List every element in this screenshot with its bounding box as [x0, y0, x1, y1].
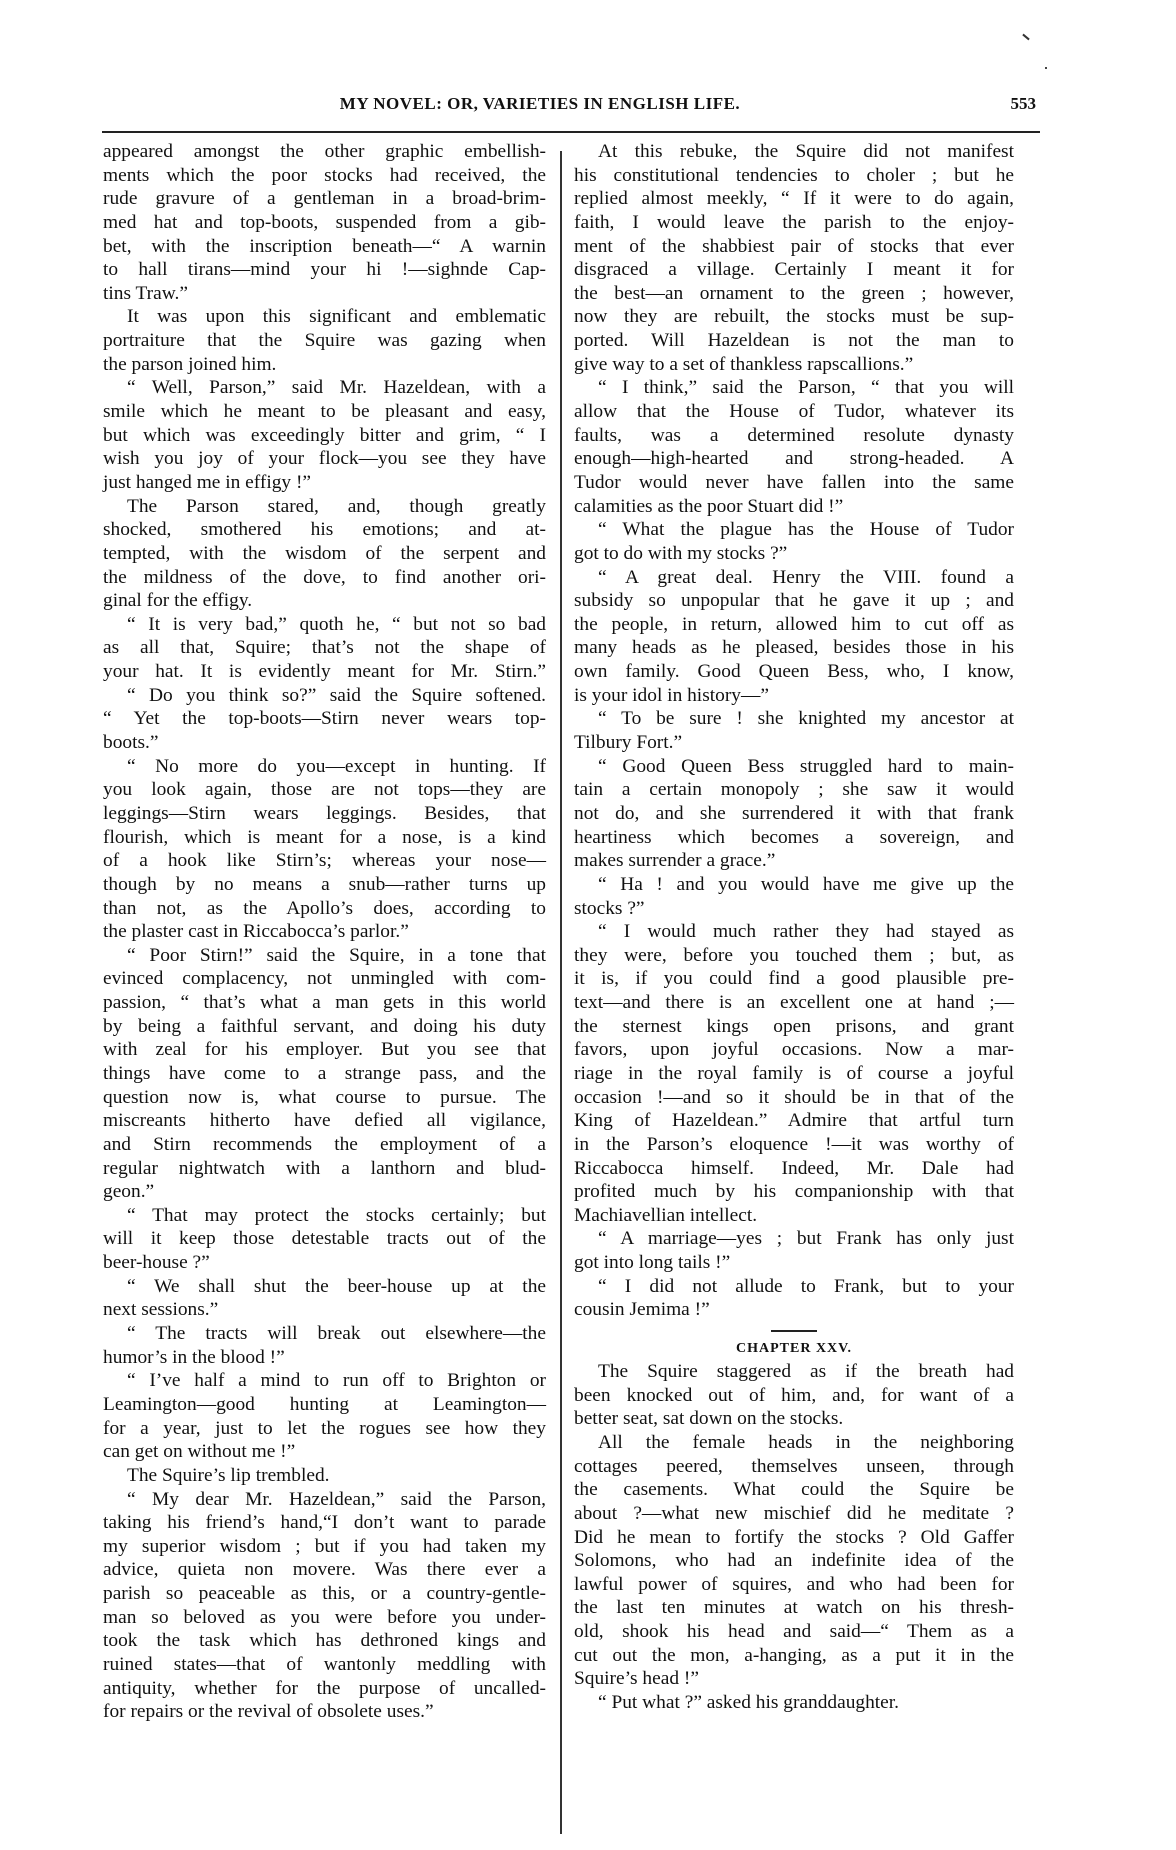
text-line: ported. Will Hazeldean is not the man to	[574, 329, 1014, 353]
text-line: “ The tracts will break out elsewhere—th…	[103, 1322, 546, 1346]
text-line: shocked, smothered his emotions; and at-	[103, 518, 546, 542]
text-line: for a year, just to let the rogues see h…	[103, 1417, 546, 1441]
text-line: the people, in return, allowed him to cu…	[574, 613, 1014, 637]
text-line: “ It is very bad,” quoth he, “ but not s…	[103, 613, 546, 637]
text-line: and Stirn recommends the employment of a	[103, 1133, 546, 1157]
text-line: question now is, what course to pursue. …	[103, 1086, 546, 1110]
text-line: tempted, with the wisdom of the serpent …	[103, 542, 546, 566]
text-line: smile which he meant to be pleasant and …	[103, 400, 546, 424]
text-line: makes surrender a grace.”	[574, 849, 1014, 873]
text-line: disgraced a village. Certainly I meant i…	[574, 258, 1014, 282]
text-line: med hat and top-boots, suspended from a …	[103, 211, 546, 235]
text-line: Solomons, who had an indefinite idea of …	[574, 1549, 1014, 1573]
text-line: my superior wisdom ; but if you had take…	[103, 1535, 546, 1559]
text-line: not do, and she surrendered it with that…	[574, 802, 1014, 826]
text-line: taking his friend’s hand,“I don’t want t…	[103, 1511, 546, 1535]
scan-speck	[1045, 67, 1047, 69]
text-line: the best—an ornament to the green ; howe…	[574, 282, 1014, 306]
text-line: parish so peaceable as this, or a countr…	[103, 1582, 546, 1606]
text-line: “ No more do you—except in hunting. If	[103, 755, 546, 779]
text-line: “ A marriage—yes ; but Frank has only ju…	[574, 1227, 1014, 1251]
text-line: appeared amongst the other graphic embel…	[103, 140, 546, 164]
text-line: Did he mean to fortify the stocks ? Old …	[574, 1526, 1014, 1550]
text-line: advice, quieta non movere. Was there eve…	[103, 1558, 546, 1582]
text-line: been knocked out of him, and, for want o…	[574, 1384, 1014, 1408]
text-line: “ Do you think so?” said the Squire soft…	[103, 684, 546, 708]
text-line: humor’s in the blood !”	[103, 1346, 546, 1370]
text-line: rude gravure of a gentleman in a broad-b…	[103, 187, 546, 211]
text-line: the last ten minutes at watch on his thr…	[574, 1596, 1014, 1620]
text-line: with zeal for his employer. But you see …	[103, 1038, 546, 1062]
text-line: boots.”	[103, 731, 546, 755]
text-line: “ Poor Stirn!” said the Squire, in a ton…	[103, 944, 546, 968]
text-line: allow that the House of Tudor, whatever …	[574, 400, 1014, 424]
text-line: tins Traw.”	[103, 282, 546, 306]
text-line: “ I’ve half a mind to run off to Brighto…	[103, 1369, 546, 1393]
text-line: your hat. It is evidently meant for Mr. …	[103, 660, 546, 684]
text-line: for repairs or the revival of obsolete u…	[103, 1700, 546, 1724]
text-line: you look again, those are not tops—they …	[103, 778, 546, 802]
text-line: stocks ?”	[574, 897, 1014, 921]
text-line: “ Put what ?” asked his granddaughter.	[574, 1691, 1014, 1715]
text-line: “ I would much rather they had stayed as	[574, 920, 1014, 944]
text-line: own family. Good Queen Bess, who, I know…	[574, 660, 1014, 684]
text-line: old, shook his head and said—“ Them as a	[574, 1620, 1014, 1644]
chapter-rule	[771, 1330, 817, 1332]
right-column-text-before-chapter: At this rebuke, the Squire did not manif…	[574, 140, 1014, 1322]
text-line: cottages peered, themselves unseen, thro…	[574, 1455, 1014, 1479]
column-divider	[560, 151, 562, 1834]
right-column: At this rebuke, the Squire did not manif…	[574, 140, 1014, 1715]
text-line: beer-house ?”	[103, 1251, 546, 1275]
text-line: but which was exceedingly bitter and gri…	[103, 424, 546, 448]
text-line: “ Ha ! and you would have me give up the	[574, 873, 1014, 897]
text-line: they were, before you touched them ; but…	[574, 944, 1014, 968]
text-line: King of Hazeldean.” Admire that artful t…	[574, 1109, 1014, 1133]
text-line: is your idol in history—”	[574, 684, 1014, 708]
text-line: to hall tirans—mind your hi !—sighnde Ca…	[103, 258, 546, 282]
text-line: favors, upon joyful occasions. Now a mar…	[574, 1038, 1014, 1062]
text-line: “ I think,” said the Parson, “ that you …	[574, 376, 1014, 400]
text-line: got to do with my stocks ?”	[574, 542, 1014, 566]
text-line: profited much by his companionship with …	[574, 1180, 1014, 1204]
text-line: got into long tails !”	[574, 1251, 1014, 1275]
text-line: in the Parson’s eloquence !—it was worth…	[574, 1133, 1014, 1157]
text-line: of a hook like Stirn’s; whereas your nos…	[103, 849, 546, 873]
text-line: wish you joy of your flock—you see they …	[103, 447, 546, 471]
text-line: took the task which has dethroned kings …	[103, 1629, 546, 1653]
text-line: Machiavellian intellect.	[574, 1204, 1014, 1228]
text-line: lawful power of squires, and who had bee…	[574, 1573, 1014, 1597]
text-line: “ Good Queen Bess struggled hard to main…	[574, 755, 1014, 779]
text-line: Tudor would never have fallen into the s…	[574, 471, 1014, 495]
text-line: At this rebuke, the Squire did not manif…	[574, 140, 1014, 164]
text-line: as all that, Squire; that’s not the shap…	[103, 636, 546, 660]
text-line: The Squire’s lip trembled.	[103, 1464, 546, 1488]
text-line: about ?—what new mischief did he meditat…	[574, 1502, 1014, 1526]
text-line: portraiture that the Squire was gazing w…	[103, 329, 546, 353]
text-line: Tilbury Fort.”	[574, 731, 1014, 755]
text-line: can get on without me !”	[103, 1440, 546, 1464]
text-line: evinced complacency, not unmingled with …	[103, 967, 546, 991]
text-line: heartiness which becomes a sovereign, an…	[574, 826, 1014, 850]
text-line: faith, I would leave the parish to the e…	[574, 211, 1014, 235]
text-line: “ Yet the top-boots—Stirn never wears to…	[103, 707, 546, 731]
text-line: “ To be sure ! she knighted my ancestor …	[574, 707, 1014, 731]
text-line: just hanged me in effigy !”	[103, 471, 546, 495]
text-line: cousin Jemima !”	[574, 1298, 1014, 1322]
text-line: faults, was a determined resolute dynast…	[574, 424, 1014, 448]
text-line: next sessions.”	[103, 1298, 546, 1322]
text-line: All the female heads in the neighboring	[574, 1431, 1014, 1455]
text-line: ginal for the effigy.	[103, 589, 546, 613]
text-line: The Parson stared, and, though greatly	[103, 495, 546, 519]
text-line: “ That may protect the stocks certainly;…	[103, 1204, 546, 1228]
text-line: many heads as he pleased, besides those …	[574, 636, 1014, 660]
right-column-text-after-chapter: The Squire staggered as if the breath ha…	[574, 1360, 1014, 1715]
text-line: It was upon this significant and emblema…	[103, 305, 546, 329]
text-line: regular nightwatch with a lanthorn and b…	[103, 1157, 546, 1181]
text-line: replied almost meekly, “ If it were to d…	[574, 187, 1014, 211]
text-line: enough—high-hearted and strong-headed. A	[574, 447, 1014, 471]
text-line: things have come to a strange pass, and …	[103, 1062, 546, 1086]
text-line: ruined states—that of wantonly meddling …	[103, 1653, 546, 1677]
page-header: MY NOVEL: OR, VARIETIES IN ENGLISH LIFE.…	[90, 94, 1036, 124]
text-line: miscreants hitherto have defied all vigi…	[103, 1109, 546, 1133]
text-line: it is, if you could find a good plausibl…	[574, 967, 1014, 991]
text-line: Riccabocca himself. Indeed, Mr. Dale had	[574, 1157, 1014, 1181]
text-line: bet, with the inscription beneath—“ A wa…	[103, 235, 546, 259]
text-line: man so beloved as you were before you un…	[103, 1606, 546, 1630]
running-title: MY NOVEL: OR, VARIETIES IN ENGLISH LIFE.	[90, 94, 990, 114]
text-line: text—and there is an excellent one at ha…	[574, 991, 1014, 1015]
text-line: “ Well, Parson,” said Mr. Hazeldean, wit…	[103, 376, 546, 400]
text-line: leggings—Stirn wears leggings. Besides, …	[103, 802, 546, 826]
text-line: the sternest kings open prisons, and gra…	[574, 1015, 1014, 1039]
text-line: his constitutional tendencies to choler …	[574, 164, 1014, 188]
text-line: Squire’s head !”	[574, 1667, 1014, 1691]
text-line: antiquity, whether for the purpose of un…	[103, 1677, 546, 1701]
text-line: though by no means a snub—rather turns u…	[103, 873, 546, 897]
text-line: tain a certain monopoly ; she saw it wou…	[574, 778, 1014, 802]
text-line: by being a faithful servant, and doing h…	[103, 1015, 546, 1039]
header-rule	[102, 131, 1040, 133]
text-line: now they are rebuilt, the stocks must be…	[574, 305, 1014, 329]
scan-mark	[1022, 34, 1029, 41]
text-line: occasion !—and so it should be in that o…	[574, 1086, 1014, 1110]
text-line: the parson joined him.	[103, 353, 546, 377]
text-line: better seat, sat down on the stocks.	[574, 1407, 1014, 1431]
text-line: subsidy so unpopular that he gave it up …	[574, 589, 1014, 613]
text-line: “ A great deal. Henry the VIII. found a	[574, 566, 1014, 590]
text-line: than not, as the Apollo’s does, accordin…	[103, 897, 546, 921]
chapter-heading: CHAPTER XXV.	[574, 1338, 1014, 1360]
text-line: geon.”	[103, 1180, 546, 1204]
text-line: give way to a set of thankless rapscalli…	[574, 353, 1014, 377]
left-column: appeared amongst the other graphic embel…	[103, 140, 546, 1724]
text-line: the casements. What could the Squire be	[574, 1478, 1014, 1502]
text-line: The Squire staggered as if the breath ha…	[574, 1360, 1014, 1384]
text-line: passion, “ that’s what a man gets in thi…	[103, 991, 546, 1015]
text-line: calamities as the poor Stuart did !”	[574, 495, 1014, 519]
text-line: flourish, which is meant for a nose, is …	[103, 826, 546, 850]
text-line: “ We shall shut the beer-house up at the	[103, 1275, 546, 1299]
text-line: Leamington—good hunting at Leamington—	[103, 1393, 546, 1417]
text-line: “ What the plague has the House of Tudor	[574, 518, 1014, 542]
text-line: ments which the poor stocks had received…	[103, 164, 546, 188]
text-line: ment of the shabbiest pair of stocks tha…	[574, 235, 1014, 259]
text-line: riage in the royal family is of course a…	[574, 1062, 1014, 1086]
text-line: cut out the mon, a-hanging, as a put it …	[574, 1644, 1014, 1668]
text-line: “ I did not allude to Frank, but to your	[574, 1275, 1014, 1299]
text-line: “ My dear Mr. Hazeldean,” said the Parso…	[103, 1488, 546, 1512]
text-line: will it keep those detestable tracts out…	[103, 1227, 546, 1251]
text-line: the mildness of the dove, to find anothe…	[103, 566, 546, 590]
text-line: the plaster cast in Riccabocca’s parlor.…	[103, 920, 546, 944]
page-number: 553	[1011, 94, 1037, 114]
